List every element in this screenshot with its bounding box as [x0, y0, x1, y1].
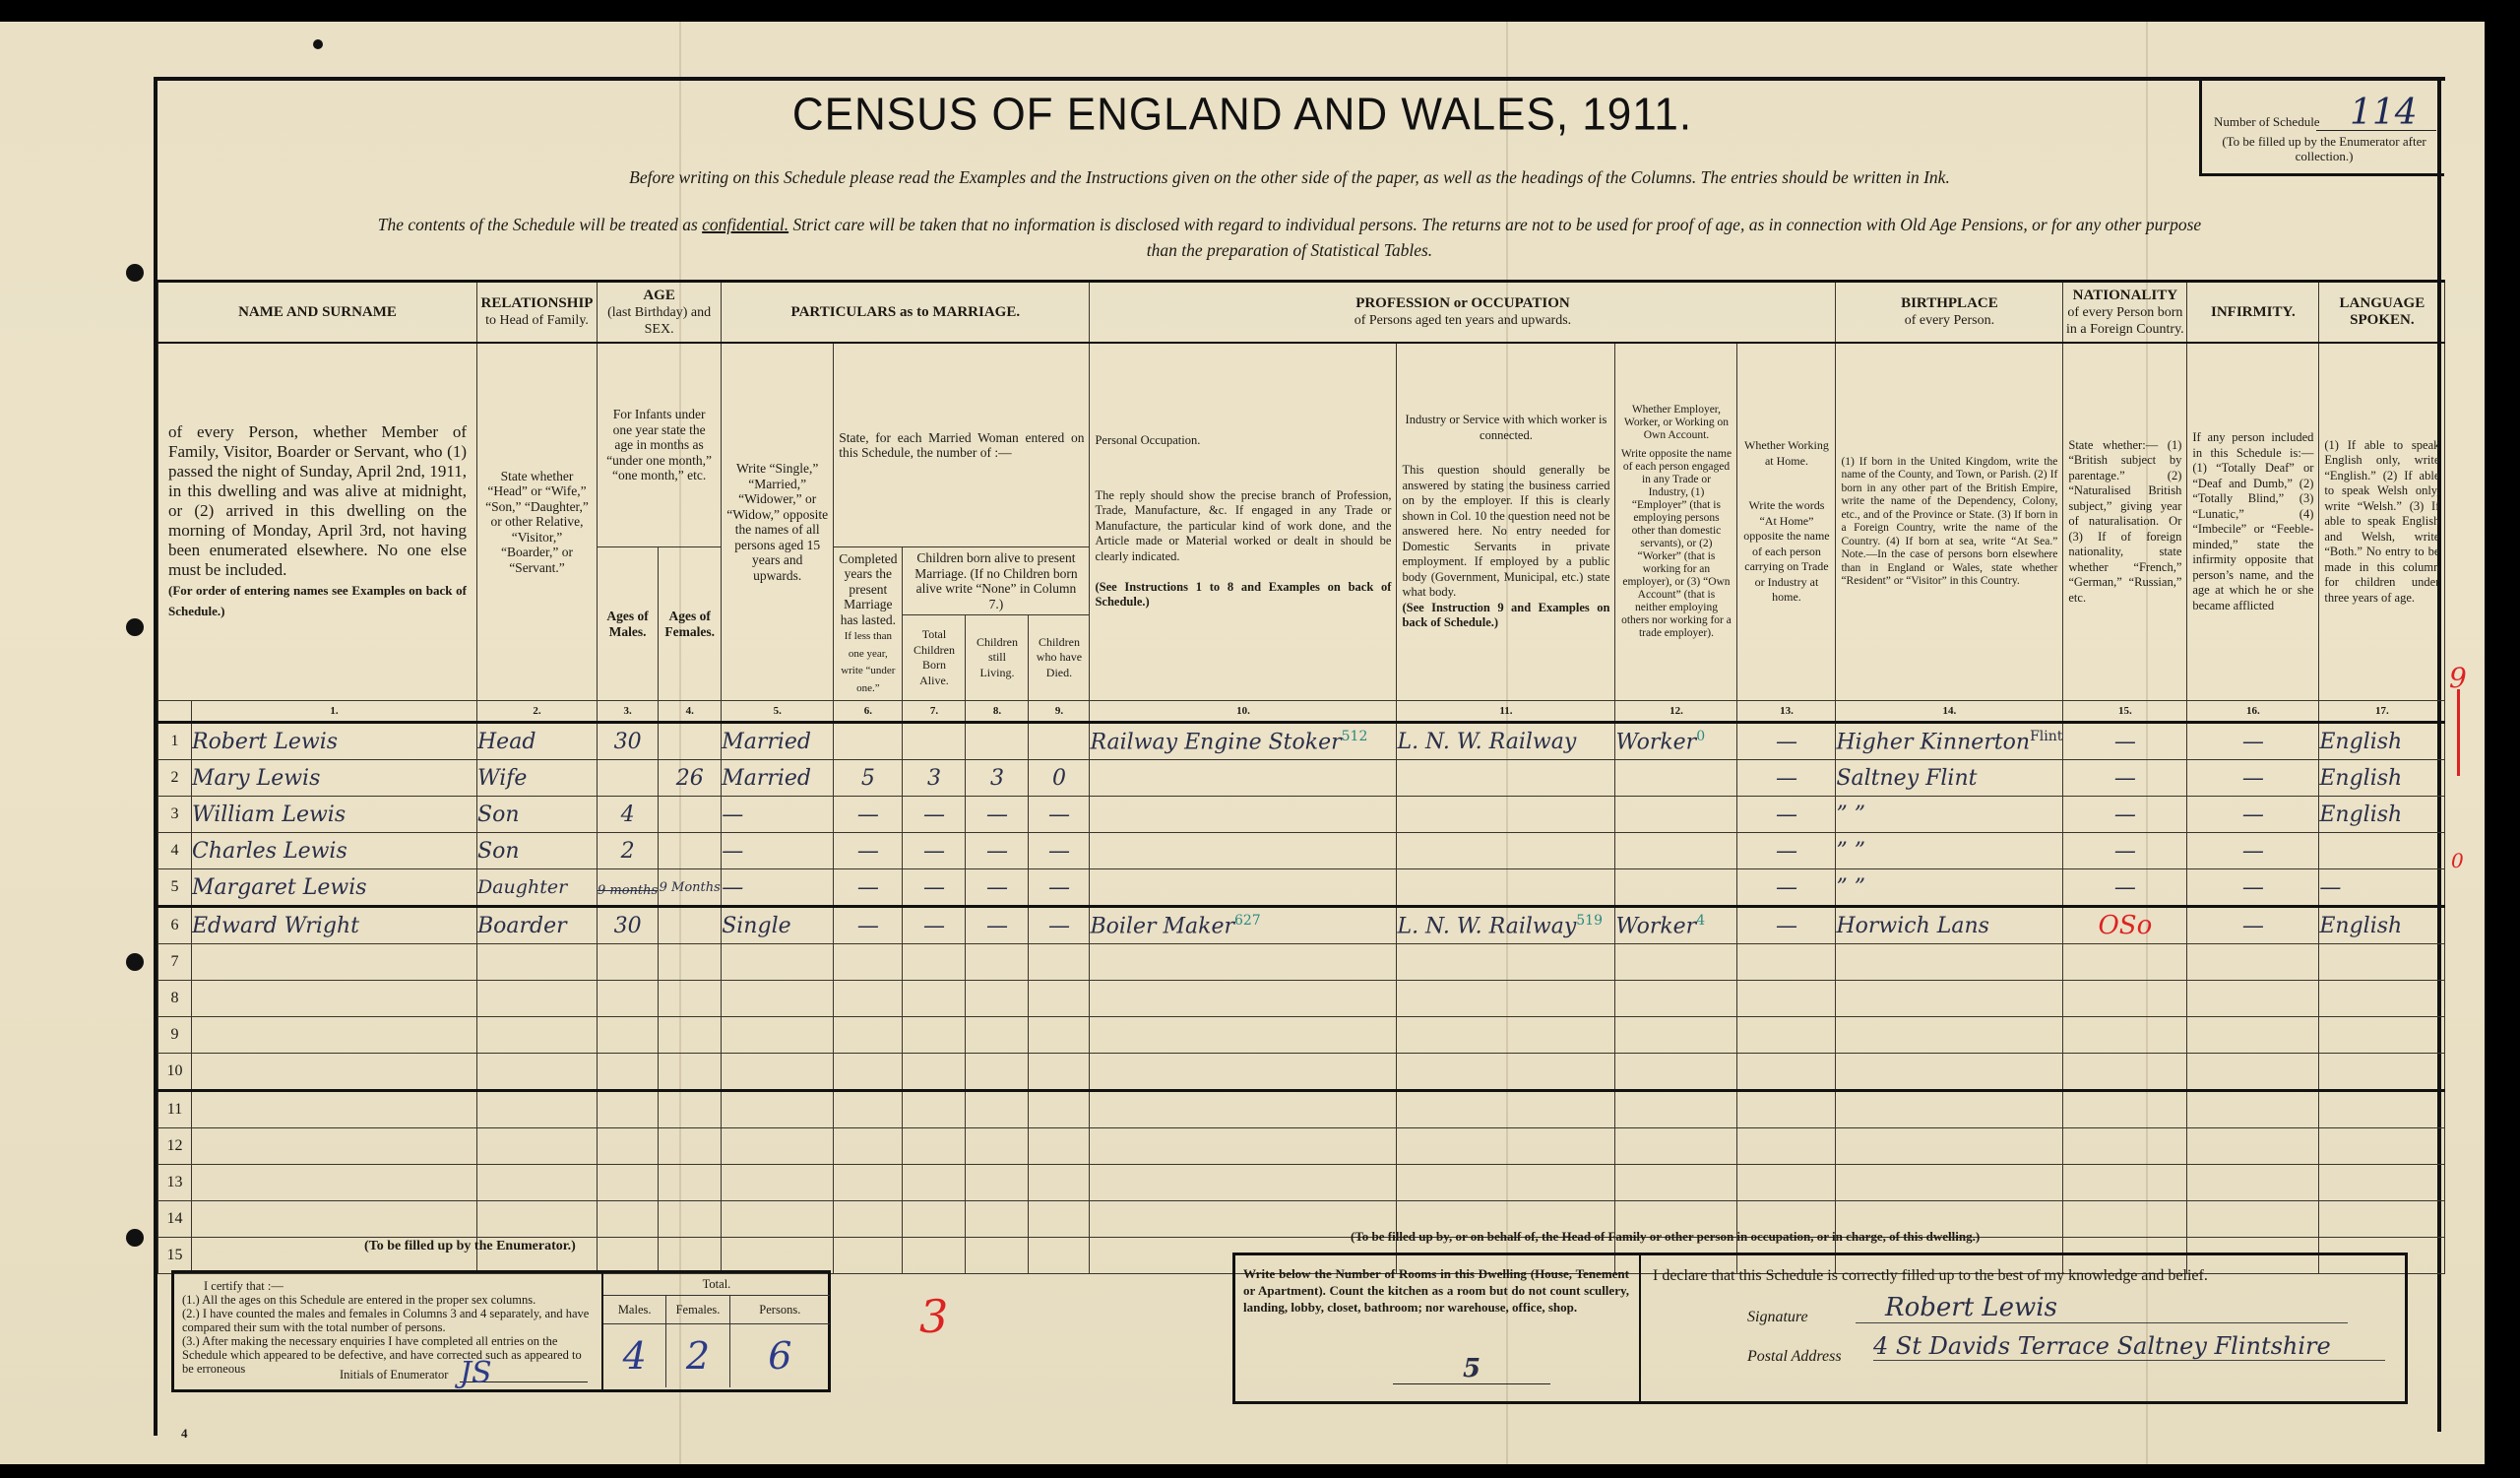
- confidential-notice: The contents of the Schedule will be tre…: [157, 215, 2422, 235]
- cell-occupation: [1090, 944, 1397, 981]
- cell-age-m: [598, 944, 659, 981]
- cell-nationality: —: [2063, 797, 2187, 833]
- table-row: 10: [158, 1054, 2445, 1091]
- cell-infirmity: —: [2187, 869, 2319, 907]
- cell-home: [1737, 981, 1836, 1017]
- cell-age-f: [659, 981, 722, 1017]
- schedule-number-box: Number of Schedule 114 (To be filled up …: [2199, 79, 2444, 176]
- cell-age-f: [659, 1017, 722, 1054]
- cell-occupation: [1090, 981, 1397, 1017]
- cell-infirmity: [2187, 1017, 2319, 1054]
- cell-industry: [1397, 1017, 1615, 1054]
- cell-home: —: [1737, 833, 1836, 869]
- column-number-row: 1. 2. 3. 4. 5. 6. 7. 8. 9. 10. 11. 12. 1…: [158, 701, 2445, 723]
- cell-language: [2319, 1128, 2445, 1165]
- classification-code: 512: [1342, 729, 1368, 744]
- col-birthplace-header: BIRTHPLACEof every Person.: [1836, 282, 2063, 344]
- classification-code: 519: [1576, 913, 1603, 929]
- cell-home: [1737, 944, 1836, 981]
- cell-total: [903, 1201, 966, 1238]
- cell-home: —: [1737, 760, 1836, 797]
- cell-condition: [722, 1017, 834, 1054]
- table-row: 13: [158, 1165, 2445, 1201]
- cell-infirmity: —: [2187, 797, 2319, 833]
- cell-nationality: —: [2063, 723, 2187, 760]
- col-birthplace-instructions: (1) If born in the United Kingdom, write…: [1836, 343, 2063, 701]
- schedule-number-label: Number of Schedule: [2214, 114, 2320, 130]
- rooms-value: 5: [1393, 1354, 1550, 1384]
- cell-employer: [1615, 1017, 1737, 1054]
- cell-birthplace: Horwich Lans: [1836, 907, 2063, 944]
- cell-nationality: [2063, 944, 2187, 981]
- cell-relationship: [477, 1165, 598, 1201]
- cell-relationship: [477, 1017, 598, 1054]
- cell-occupation: Boiler Maker627: [1090, 907, 1397, 944]
- cell-infirmity: —: [2187, 907, 2319, 944]
- cell-age-m: 30: [598, 723, 659, 760]
- cell-died: [1029, 1054, 1090, 1091]
- cell-infirmity: [2187, 1128, 2319, 1165]
- cell-years: [834, 1091, 903, 1128]
- cell-name: Robert Lewis: [192, 723, 477, 760]
- confidential-notice-line2: than the preparation of Statistical Tabl…: [157, 240, 2422, 261]
- cell-employer: [1615, 760, 1737, 797]
- cell-years: —: [834, 907, 903, 944]
- totals-box: Total. Males. Females. Persons. 4 2 6: [601, 1273, 830, 1389]
- cell-occupation: [1090, 1091, 1397, 1128]
- cell-occupation: [1090, 797, 1397, 833]
- col-personal-occupation-instructions: Personal Occupation.The reply should sho…: [1090, 343, 1397, 701]
- person-rows: 1Robert LewisHead30MarriedRailway Engine…: [158, 723, 2445, 1274]
- cell-infirmity: [2187, 1165, 2319, 1201]
- cell-relationship: Daughter: [477, 869, 598, 907]
- cell-died: —: [1029, 907, 1090, 944]
- confidential-word: confidential.: [702, 215, 788, 234]
- cell-age-f: [659, 1238, 722, 1274]
- cell-home: —: [1737, 797, 1836, 833]
- cell-name: William Lewis: [192, 797, 477, 833]
- cell-years: —: [834, 833, 903, 869]
- cell-birthplace: ” ”: [1836, 797, 2063, 833]
- cell-employer: Worker0: [1615, 723, 1737, 760]
- rooms-instructions: Write below the Number of Rooms in this …: [1243, 1265, 1629, 1316]
- cell-living: [966, 1238, 1029, 1274]
- cell-condition: [722, 1091, 834, 1128]
- cell-nationality: [2063, 981, 2187, 1017]
- cell-died: [1029, 981, 1090, 1017]
- cell-relationship: Head: [477, 723, 598, 760]
- cell-occupation: [1090, 1165, 1397, 1201]
- cell-age-m: 4: [598, 797, 659, 833]
- cell-infirmity: [2187, 1091, 2319, 1128]
- cell-employer: [1615, 944, 1737, 981]
- cell-total: [903, 981, 966, 1017]
- row-number: 10: [158, 1054, 192, 1091]
- cell-condition: Married: [722, 723, 834, 760]
- total-males-value: 4: [603, 1324, 666, 1387]
- header-row-main: NAME AND SURNAME RELATIONSHIPto Head of …: [158, 282, 2445, 344]
- cell-employer: [1615, 1091, 1737, 1128]
- header-row-instructions: of every Person, whether Member of Famil…: [158, 343, 2445, 547]
- cell-years: [834, 981, 903, 1017]
- row-number: 3: [158, 797, 192, 833]
- row-number: 8: [158, 981, 192, 1017]
- cell-age-m: 30: [598, 907, 659, 944]
- col-language-instructions: (1) If able to speak English only, write…: [2319, 343, 2445, 701]
- cell-total: —: [903, 907, 966, 944]
- cell-years: [834, 1165, 903, 1201]
- cell-employer: [1615, 797, 1737, 833]
- cell-relationship: [477, 981, 598, 1017]
- cell-living: [966, 981, 1029, 1017]
- cell-employer: [1615, 1054, 1737, 1091]
- col-language-header: LANGUAGE SPOKEN.: [2319, 282, 2445, 344]
- postal-address-label: Postal Address: [1747, 1348, 1842, 1366]
- table-row: 4Charles LewisSon2——————” ”——: [158, 833, 2445, 869]
- cell-age-f: [659, 797, 722, 833]
- cell-occupation: [1090, 1128, 1397, 1165]
- col-age-males-label: Ages of Males.: [598, 547, 659, 701]
- cell-birthplace: [1836, 1054, 2063, 1091]
- cell-name: [192, 1128, 477, 1165]
- cell-total: [903, 1017, 966, 1054]
- cell-language: English: [2319, 723, 2445, 760]
- row-number: 14: [158, 1201, 192, 1238]
- cell-name: [192, 1017, 477, 1054]
- cell-infirmity: —: [2187, 760, 2319, 797]
- table-row: 8: [158, 981, 2445, 1017]
- cell-years: [834, 1017, 903, 1054]
- col-infirmity-instructions: If any person included in this Schedule …: [2187, 343, 2319, 701]
- cell-relationship: Son: [477, 833, 598, 869]
- cell-industry: [1397, 833, 1615, 869]
- col-children-living-label: Children still Living.: [966, 615, 1029, 701]
- cell-relationship: [477, 1091, 598, 1128]
- table-row: 9: [158, 1017, 2445, 1054]
- cell-total: [903, 1091, 966, 1128]
- col-nationality-instructions: State whether:— (1) “British subject by …: [2063, 343, 2187, 701]
- cell-died: [1029, 1165, 1090, 1201]
- col-nationality-header: NATIONALITYof every Person born in a For…: [2063, 282, 2187, 344]
- row-number: 5: [158, 869, 192, 907]
- cell-language: [2319, 1017, 2445, 1054]
- cell-language: [2319, 1054, 2445, 1091]
- cell-infirmity: —: [2187, 833, 2319, 869]
- col-marriage-years-instructions: Completed years the present Marriage has…: [834, 547, 903, 701]
- table-row: 1Robert LewisHead30MarriedRailway Engine…: [158, 723, 2445, 760]
- cell-age-m: 9 months: [598, 869, 659, 907]
- cell-condition: —: [722, 869, 834, 907]
- col-name-instructions: of every Person, whether Member of Famil…: [158, 343, 477, 701]
- col-age-instructions: For Infants under one year state the age…: [598, 343, 722, 547]
- col-children-total-label: Total Children Born Alive.: [903, 615, 966, 701]
- cell-living: 3: [966, 760, 1029, 797]
- cell-home: [1737, 1128, 1836, 1165]
- cell-died: —: [1029, 833, 1090, 869]
- cell-died: [1029, 1238, 1090, 1274]
- row-number: 15: [158, 1238, 192, 1274]
- cell-living: —: [966, 907, 1029, 944]
- cell-employer: [1615, 1128, 1737, 1165]
- cell-language: [2319, 981, 2445, 1017]
- cell-industry: [1397, 760, 1615, 797]
- cell-birthplace: ” ”: [1836, 869, 2063, 907]
- head-of-family-box: Write below the Number of Rooms in this …: [1232, 1253, 2408, 1404]
- cell-died: 0: [1029, 760, 1090, 797]
- cell-living: [966, 1017, 1029, 1054]
- cell-nationality: OSo: [2063, 907, 2187, 944]
- table-row: 2Mary LewisWife26Married5330—Saltney Fli…: [158, 760, 2445, 797]
- cell-employer: [1615, 981, 1737, 1017]
- cell-name: Margaret Lewis: [192, 869, 477, 907]
- cell-industry: [1397, 1054, 1615, 1091]
- cell-age-m: [598, 1201, 659, 1238]
- enumerator-section-label: (To be filled up by the Enumerator.): [364, 1239, 576, 1254]
- cell-occupation: Railway Engine Stoker512: [1090, 723, 1397, 760]
- cell-living: —: [966, 833, 1029, 869]
- cell-living: [966, 1128, 1029, 1165]
- total-females-label: Females.: [666, 1296, 729, 1323]
- signature-label: Signature: [1747, 1309, 1808, 1326]
- table-row: 12: [158, 1128, 2445, 1165]
- cell-total: [903, 944, 966, 981]
- cell-home: —: [1737, 869, 1836, 907]
- cell-employer: Worker4: [1615, 907, 1737, 944]
- cell-total: [903, 1128, 966, 1165]
- cell-age-m: [598, 1091, 659, 1128]
- cell-occupation: [1090, 869, 1397, 907]
- cell-living: —: [966, 869, 1029, 907]
- cell-died: [1029, 1091, 1090, 1128]
- table-row: 11: [158, 1091, 2445, 1128]
- enumerator-initials: JS: [460, 1356, 492, 1390]
- col-children-instructions: Children born alive to present Marriage.…: [903, 547, 1090, 615]
- cell-age-f: 9 Months: [659, 869, 722, 907]
- cell-home: [1737, 1165, 1836, 1201]
- cell-occupation: [1090, 1017, 1397, 1054]
- cell-years: [834, 1054, 903, 1091]
- cell-age-f: [659, 723, 722, 760]
- cell-years: [834, 1128, 903, 1165]
- cell-condition: Married: [722, 760, 834, 797]
- cell-died: [1029, 944, 1090, 981]
- cell-total: [903, 1054, 966, 1091]
- classification-code: 627: [1234, 913, 1261, 929]
- row-number: 4: [158, 833, 192, 869]
- red-margin-mark-bottom: 0: [2451, 849, 2464, 872]
- cell-birthplace: [1836, 981, 2063, 1017]
- cell-language: English: [2319, 797, 2445, 833]
- cell-infirmity: [2187, 944, 2319, 981]
- cell-age-m: [598, 760, 659, 797]
- cell-died: [1029, 1017, 1090, 1054]
- cell-total: —: [903, 797, 966, 833]
- cell-age-f: [659, 1091, 722, 1128]
- cell-age-m: [598, 1054, 659, 1091]
- cell-industry: [1397, 1091, 1615, 1128]
- cell-age-m: [598, 1017, 659, 1054]
- county-annotation: Flint: [2030, 729, 2062, 744]
- row-number: 1: [158, 723, 192, 760]
- cell-infirmity: —: [2187, 723, 2319, 760]
- cell-home: [1737, 1091, 1836, 1128]
- cell-living: [966, 1054, 1029, 1091]
- cell-infirmity: [2187, 981, 2319, 1017]
- cell-employer: [1615, 833, 1737, 869]
- col-employer-instructions: Whether Employer, Worker, or Working on …: [1615, 343, 1737, 701]
- cell-nationality: [2063, 1017, 2187, 1054]
- cell-nationality: —: [2063, 760, 2187, 797]
- col-married-woman-instructions: State, for each Married Woman entered on…: [834, 343, 1090, 547]
- cell-home: [1737, 1054, 1836, 1091]
- cell-birthplace: [1836, 1091, 2063, 1128]
- cell-industry: [1397, 1128, 1615, 1165]
- row-number: 6: [158, 907, 192, 944]
- cell-living: [966, 944, 1029, 981]
- punch-hole: [126, 264, 144, 282]
- enumerator-certification: I certify that :— (1.) All the ages on t…: [182, 1279, 596, 1376]
- cell-name: [192, 1054, 477, 1091]
- col-infirmity-header: INFIRMITY.: [2187, 282, 2319, 344]
- cell-died: [1029, 1201, 1090, 1238]
- cell-condition: [722, 1201, 834, 1238]
- cell-age-f: [659, 1165, 722, 1201]
- cell-name: Mary Lewis: [192, 760, 477, 797]
- cell-name: Charles Lewis: [192, 833, 477, 869]
- cell-years: —: [834, 869, 903, 907]
- cell-age-f: [659, 1054, 722, 1091]
- cell-relationship: Wife: [477, 760, 598, 797]
- col-marriage-header: PARTICULARS as to MARRIAGE.: [722, 282, 1090, 344]
- total-persons-value: 6: [730, 1324, 830, 1387]
- cell-language: English: [2319, 760, 2445, 797]
- cell-language: [2319, 944, 2445, 981]
- col-relationship-instructions: State whether “Head” or “Wife,” “Son,” “…: [477, 343, 598, 701]
- punch-hole: [313, 39, 323, 49]
- red-tally-mark: 3: [919, 1290, 948, 1343]
- cell-nationality: [2063, 1165, 2187, 1201]
- total-persons-label: Persons.: [730, 1296, 830, 1323]
- cell-language: English: [2319, 907, 2445, 944]
- cell-died: [1029, 723, 1090, 760]
- cell-relationship: Boarder: [477, 907, 598, 944]
- classification-code: 0: [1696, 729, 1705, 744]
- cell-language: [2319, 1201, 2445, 1238]
- cell-birthplace: [1836, 1165, 2063, 1201]
- cell-died: —: [1029, 869, 1090, 907]
- initials-label: Initials of Enumerator: [340, 1368, 448, 1382]
- table-row: 6Edward WrightBoarder30Single————Boiler …: [158, 907, 2445, 944]
- cell-language: [2319, 1091, 2445, 1128]
- schedule-number-value: 114: [2350, 93, 2418, 133]
- cell-living: —: [966, 797, 1029, 833]
- cell-total: 3: [903, 760, 966, 797]
- cell-nationality: [2063, 1091, 2187, 1128]
- cell-age-m: [598, 1238, 659, 1274]
- table-row: 5Margaret LewisDaughter9 months9 Months—…: [158, 869, 2445, 907]
- cell-age-f: [659, 907, 722, 944]
- cell-name: [192, 944, 477, 981]
- cell-birthplace: [1836, 944, 2063, 981]
- cell-age-m: [598, 1128, 659, 1165]
- punch-hole: [126, 953, 144, 971]
- cell-condition: [722, 1238, 834, 1274]
- total-males-label: Males.: [603, 1296, 666, 1323]
- row-number: 2: [158, 760, 192, 797]
- punch-hole: [126, 1229, 144, 1247]
- cell-living: [966, 1201, 1029, 1238]
- cell-condition: [722, 981, 834, 1017]
- cell-industry: L. N. W. Railway: [1397, 723, 1615, 760]
- cell-age-f: [659, 1128, 722, 1165]
- cell-occupation: [1090, 833, 1397, 869]
- cell-age-m: [598, 1165, 659, 1201]
- col-relationship-header: RELATIONSHIPto Head of Family.: [477, 282, 598, 344]
- cell-condition: [722, 944, 834, 981]
- cell-condition: —: [722, 797, 834, 833]
- cell-relationship: [477, 1128, 598, 1165]
- page-title: CENSUS OF ENGLAND AND WALES, 1911.: [0, 90, 2485, 142]
- cell-name: [192, 1201, 477, 1238]
- cell-total: —: [903, 833, 966, 869]
- cell-living: [966, 1165, 1029, 1201]
- cell-home: —: [1737, 723, 1836, 760]
- cell-nationality: —: [2063, 869, 2187, 907]
- cell-years: [834, 1201, 903, 1238]
- cell-language: [2319, 1165, 2445, 1201]
- row-number: 9: [158, 1017, 192, 1054]
- cell-age-f: [659, 944, 722, 981]
- cell-language: [2319, 833, 2445, 869]
- cell-relationship: [477, 944, 598, 981]
- col-occupation-header: PROFESSION or OCCUPATIONof Persons aged …: [1090, 282, 1836, 344]
- row-number: 12: [158, 1128, 192, 1165]
- cell-industry: [1397, 869, 1615, 907]
- cell-age-m: [598, 981, 659, 1017]
- cell-name: [192, 1165, 477, 1201]
- cell-condition: —: [722, 833, 834, 869]
- cell-occupation: [1090, 1054, 1397, 1091]
- cell-total: [903, 1238, 966, 1274]
- col-name-header: NAME AND SURNAME: [158, 282, 477, 344]
- cell-name: [192, 981, 477, 1017]
- cell-years: [834, 723, 903, 760]
- cell-home: —: [1737, 907, 1836, 944]
- postal-address-value: 4 St Davids Terrace Saltney Flintshire: [1873, 1332, 2385, 1361]
- cell-relationship: Son: [477, 797, 598, 833]
- cell-age-f: [659, 1201, 722, 1238]
- cell-living: [966, 723, 1029, 760]
- cell-industry: [1397, 1165, 1615, 1201]
- head-of-family-section-label: (To be filled up by, or on behalf of, th…: [1351, 1229, 1980, 1245]
- cell-industry: [1397, 944, 1615, 981]
- cell-years: 5: [834, 760, 903, 797]
- declaration-text: I declare that this Schedule is correctl…: [1653, 1267, 2208, 1285]
- col-age-females-label: Ages of Females.: [659, 547, 722, 701]
- red-margin-bracket: [2457, 689, 2460, 776]
- cell-age-f: [659, 833, 722, 869]
- col-industry-instructions: Industry or Service with which worker is…: [1397, 343, 1615, 701]
- punch-hole: [126, 618, 144, 636]
- cell-nationality: —: [2063, 833, 2187, 869]
- cell-birthplace: [1836, 1128, 2063, 1165]
- cell-years: [834, 944, 903, 981]
- cell-industry: [1397, 797, 1615, 833]
- signature-value: Robert Lewis: [1856, 1293, 2348, 1323]
- cell-condition: [722, 1128, 834, 1165]
- cell-nationality: [2063, 1128, 2187, 1165]
- schedule-number-note: (To be filled up by the Enumerator after…: [2208, 134, 2440, 163]
